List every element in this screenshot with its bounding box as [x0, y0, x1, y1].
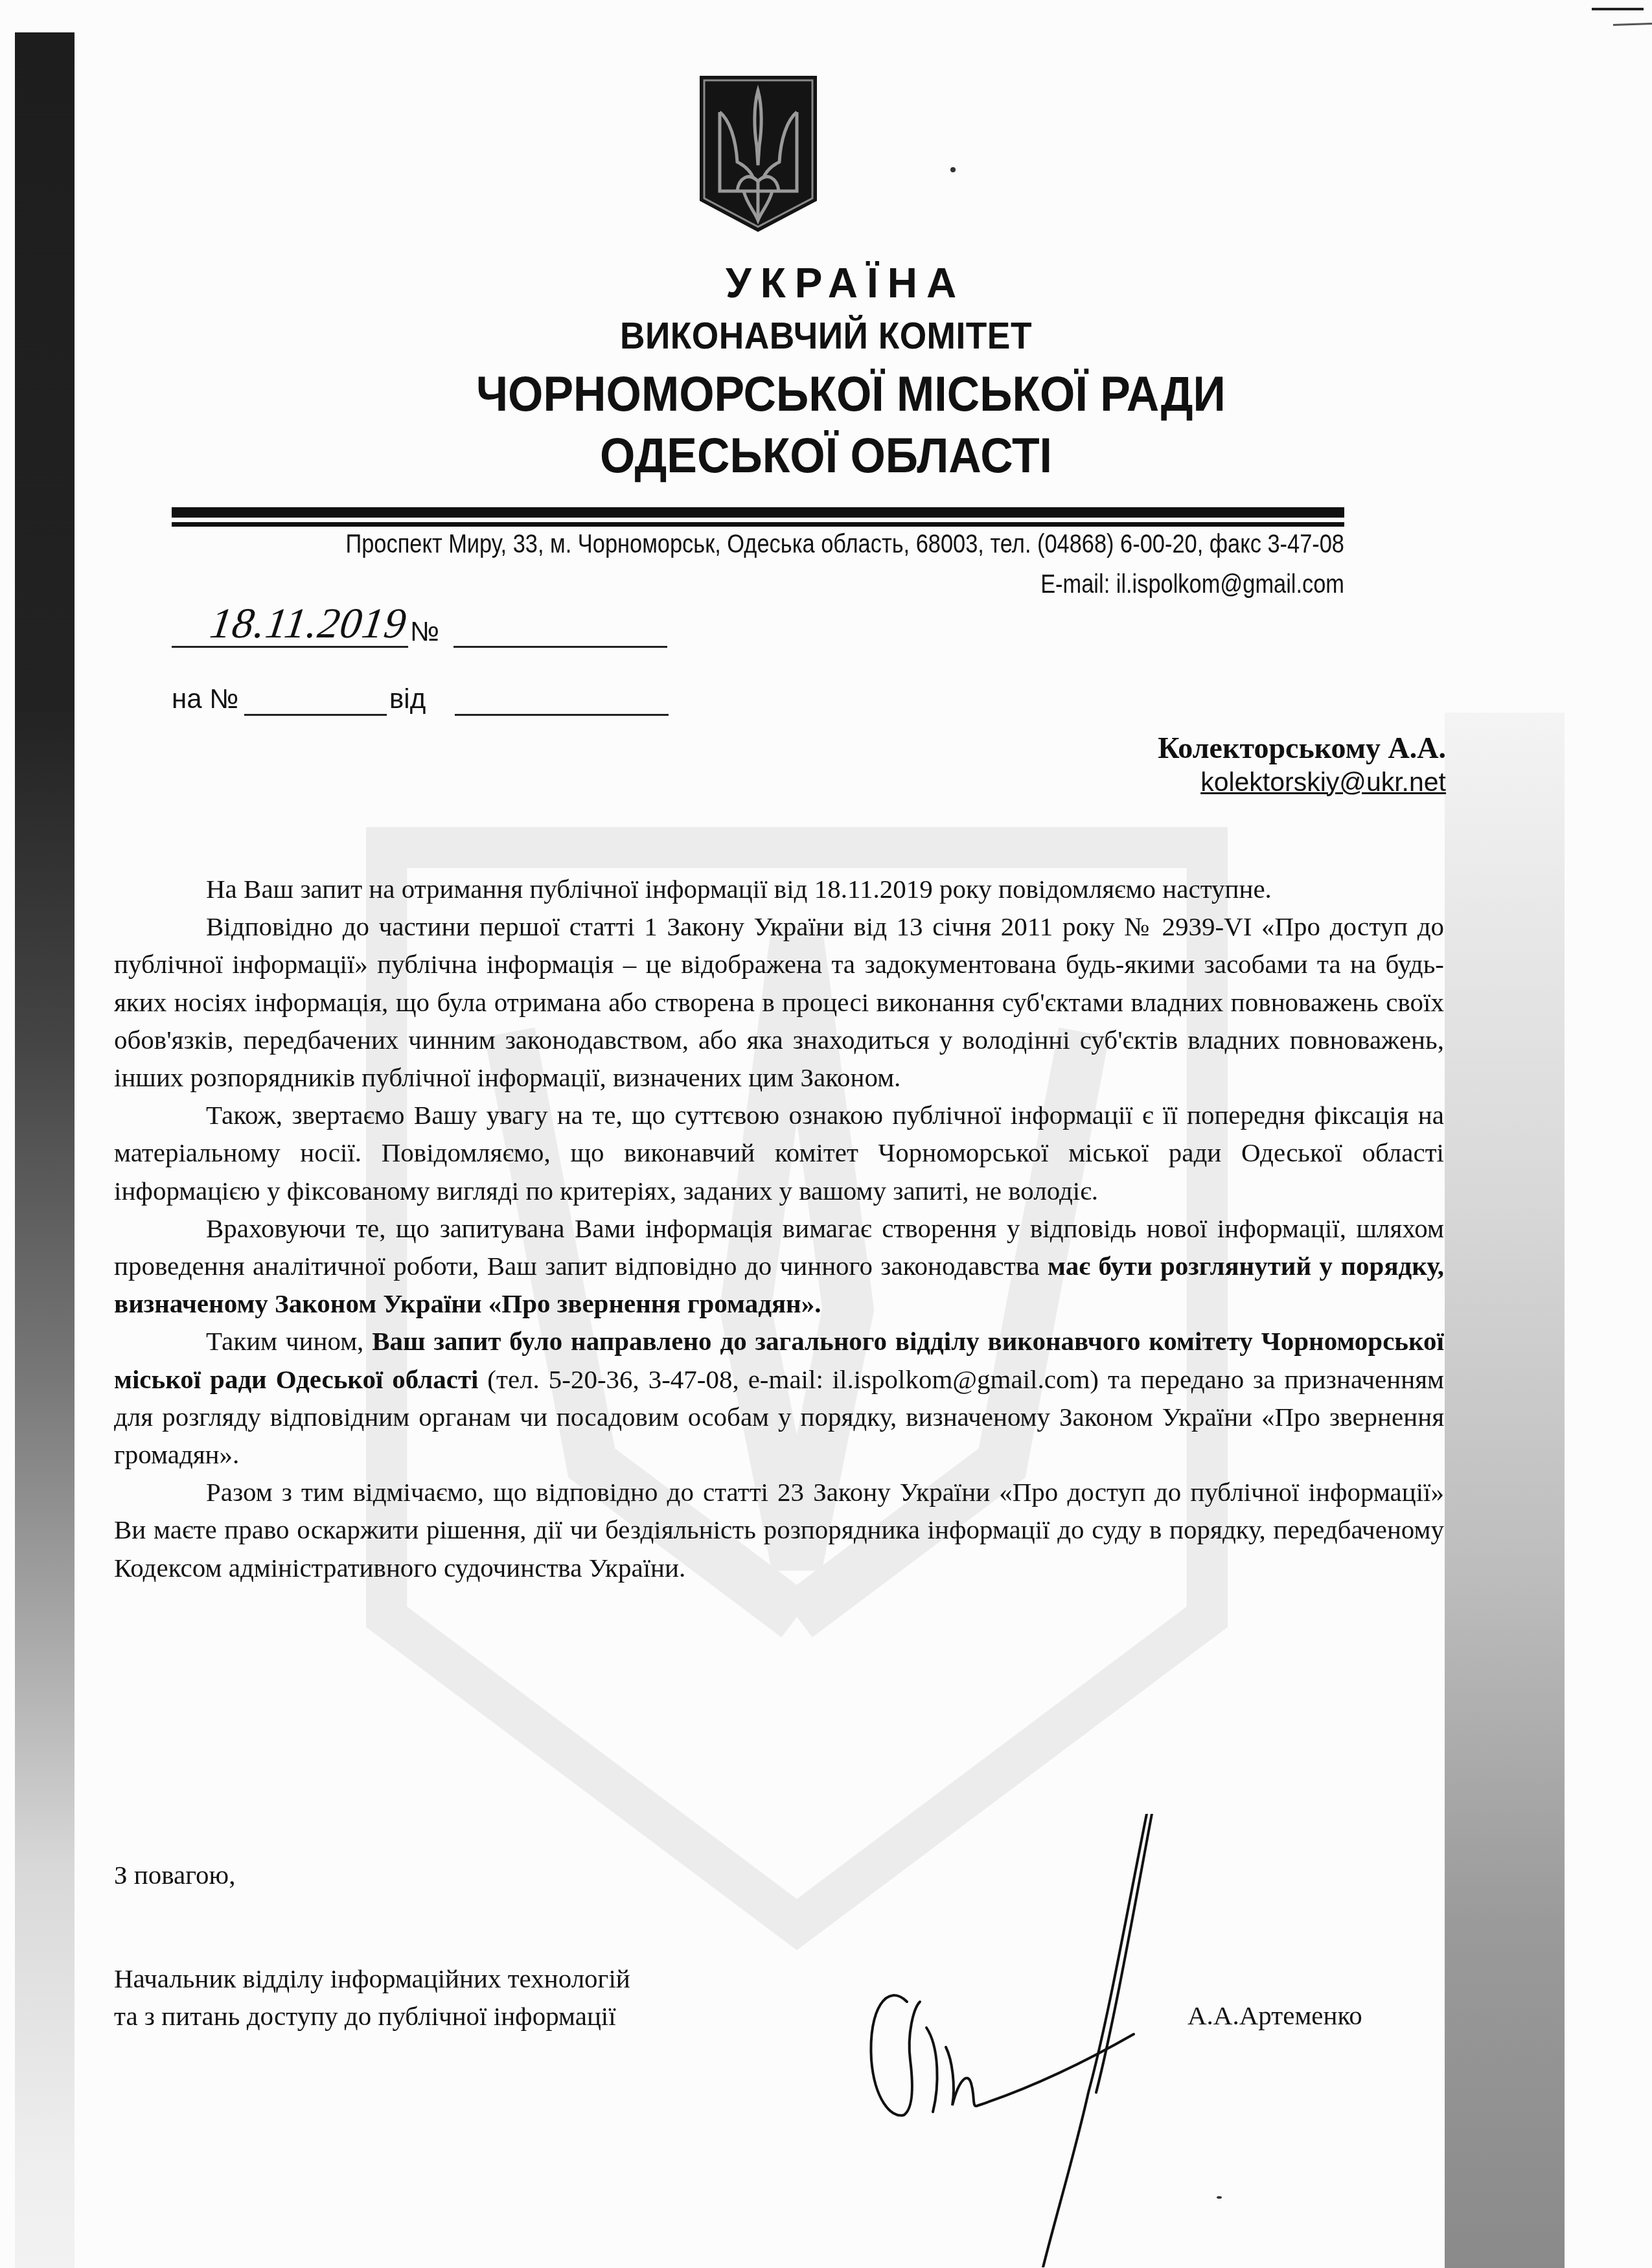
recipient-block: Колекторському А.А. kolektorskiy@ukr.net	[1158, 731, 1446, 798]
paragraph-2: Відповідно до частини першої статті 1 За…	[114, 908, 1444, 1096]
scan-left-edge-shadow	[15, 32, 75, 2268]
paragraph-5: Таким чином, Ваш запит було направлено д…	[114, 1322, 1444, 1473]
scan-corner-squiggle	[1613, 23, 1652, 26]
letterhead-country: УКРАЇНА	[0, 259, 1652, 307]
closing-salutation: З повагою,	[114, 1859, 235, 1890]
signer-position-line2: та з питань доступу до публічної інформа…	[114, 1997, 630, 2035]
reference-number-label: на №	[172, 683, 238, 715]
reference-date-underline	[455, 714, 669, 716]
ukraine-coat-of-arms-icon	[698, 74, 818, 233]
handwritten-date: 18.11.2019	[207, 599, 410, 648]
letterhead-org-line2: ЧОРНОМОРСЬКОЇ МІСЬКОЇ РАДИ	[67, 366, 1611, 422]
outgoing-registration-row: 18.11.2019 №	[172, 599, 677, 651]
date-underline	[172, 646, 408, 648]
handwritten-signature-icon	[842, 1814, 1179, 2267]
scan-right-edge-shadow	[1445, 713, 1565, 2268]
reference-row: на № від	[172, 683, 677, 735]
scan-corner-mark	[1592, 8, 1644, 10]
recipient-email-link[interactable]: kolektorskiy@ukr.net	[1158, 766, 1446, 798]
letterhead-org-line1: ВИКОНАВЧИЙ КОМІТЕТ	[66, 314, 1586, 358]
signer-position: Начальник відділу інформаційних технолог…	[114, 1960, 630, 2035]
paragraph-4: Враховуючи те, що запитувана Вами інформ…	[114, 1209, 1444, 1323]
scan-speck	[950, 167, 956, 172]
signer-name: А.А.Артеменко	[1187, 2000, 1362, 2031]
letterhead-org-line3: ОДЕСЬКОЇ ОБЛАСТІ	[66, 428, 1586, 484]
paragraph-5-lead: Таким чином,	[206, 1326, 363, 1356]
recipient-name: Колекторському А.А.	[1158, 731, 1446, 766]
scan-speck	[1217, 2196, 1222, 2199]
paragraph-3: Також, звертаємо Вашу увагу на те, що су…	[114, 1096, 1444, 1209]
reference-number-underline	[244, 714, 387, 716]
letterhead-rule-thick	[172, 507, 1344, 518]
reference-date-label: від	[389, 683, 426, 715]
letterhead-rule-thin	[172, 522, 1344, 527]
paragraph-6: Разом з тим відмічаємо, що відповідно до…	[114, 1473, 1444, 1586]
signer-position-line1: Начальник відділу інформаційних технолог…	[114, 1960, 630, 1997]
number-label: №	[410, 616, 439, 647]
paragraph-1: На Ваш запит на отримання публічної інфо…	[114, 870, 1444, 908]
letterhead-address: Проспект Миру, 33, м. Чорноморськ, Одесь…	[336, 530, 1344, 559]
letterhead-email: E-mail: il.ispolkom@gmail.com	[746, 570, 1345, 599]
letter-body: На Ваш запит на отримання публічної інфо…	[114, 870, 1444, 1586]
number-underline	[453, 646, 667, 648]
